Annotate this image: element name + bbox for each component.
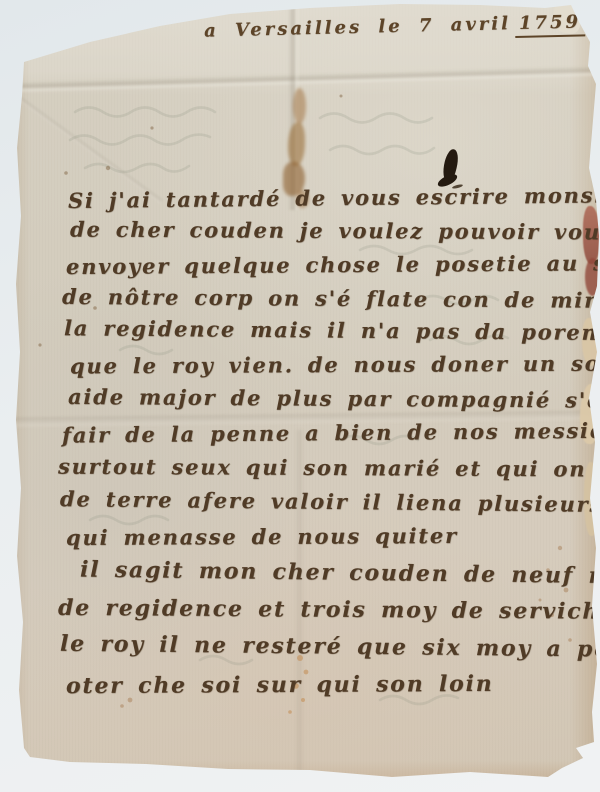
fold-crease-top xyxy=(0,66,600,94)
fold-crease-diagonal xyxy=(7,88,163,203)
letter-line: Si j'ai tantardé de vous escrire monsieu… xyxy=(68,182,600,213)
photo-background: a Versailles le 7 avril1759 Si j'ai tant… xyxy=(0,0,600,792)
letter-dateline: a Versailles le 7 avril1759 xyxy=(204,11,585,41)
letter-line: il sagit mon cher couden de neuf moy xyxy=(80,557,600,590)
letter-line: aide major de plus par compagnié s'é qui xyxy=(68,384,600,413)
dateline-year: 1759 xyxy=(515,11,586,38)
letter-line: surtout seux qui son marié et qui on xyxy=(58,454,586,482)
letter-line: le roy il ne resteré que six moy a pouvo… xyxy=(60,631,600,664)
letter-line: envoyer quelque chose le posetie au suge xyxy=(66,250,600,279)
letter-paper: a Versailles le 7 avril1759 Si j'ai tant… xyxy=(0,0,600,792)
dateline-place-date: a Versailles le 7 avril xyxy=(204,13,511,41)
letter-line: de terre afere valoir il liena plusieurs xyxy=(60,486,600,517)
letter-line: la regidence mais il n'a pas da porensé … xyxy=(64,315,600,346)
letter-line: fair de la penne a bien de nos messieurs xyxy=(62,417,600,447)
ink-drip-stain xyxy=(288,122,305,166)
letter-line: de nôtre corp on s'é flate con de minuer… xyxy=(62,284,600,313)
letter-line: de cher couden je voulez pouvoir vous xyxy=(70,217,600,245)
letter-line: que le roy vien. de nous doner un soin xyxy=(70,351,600,379)
ink-drip-stain xyxy=(293,88,306,124)
letter-line: de regidence et trois moy de serviche ch… xyxy=(58,595,600,626)
letter-line: oter che soi sur qui son loin xyxy=(66,671,494,700)
letter-line: qui menasse de nous quiter xyxy=(66,523,458,550)
